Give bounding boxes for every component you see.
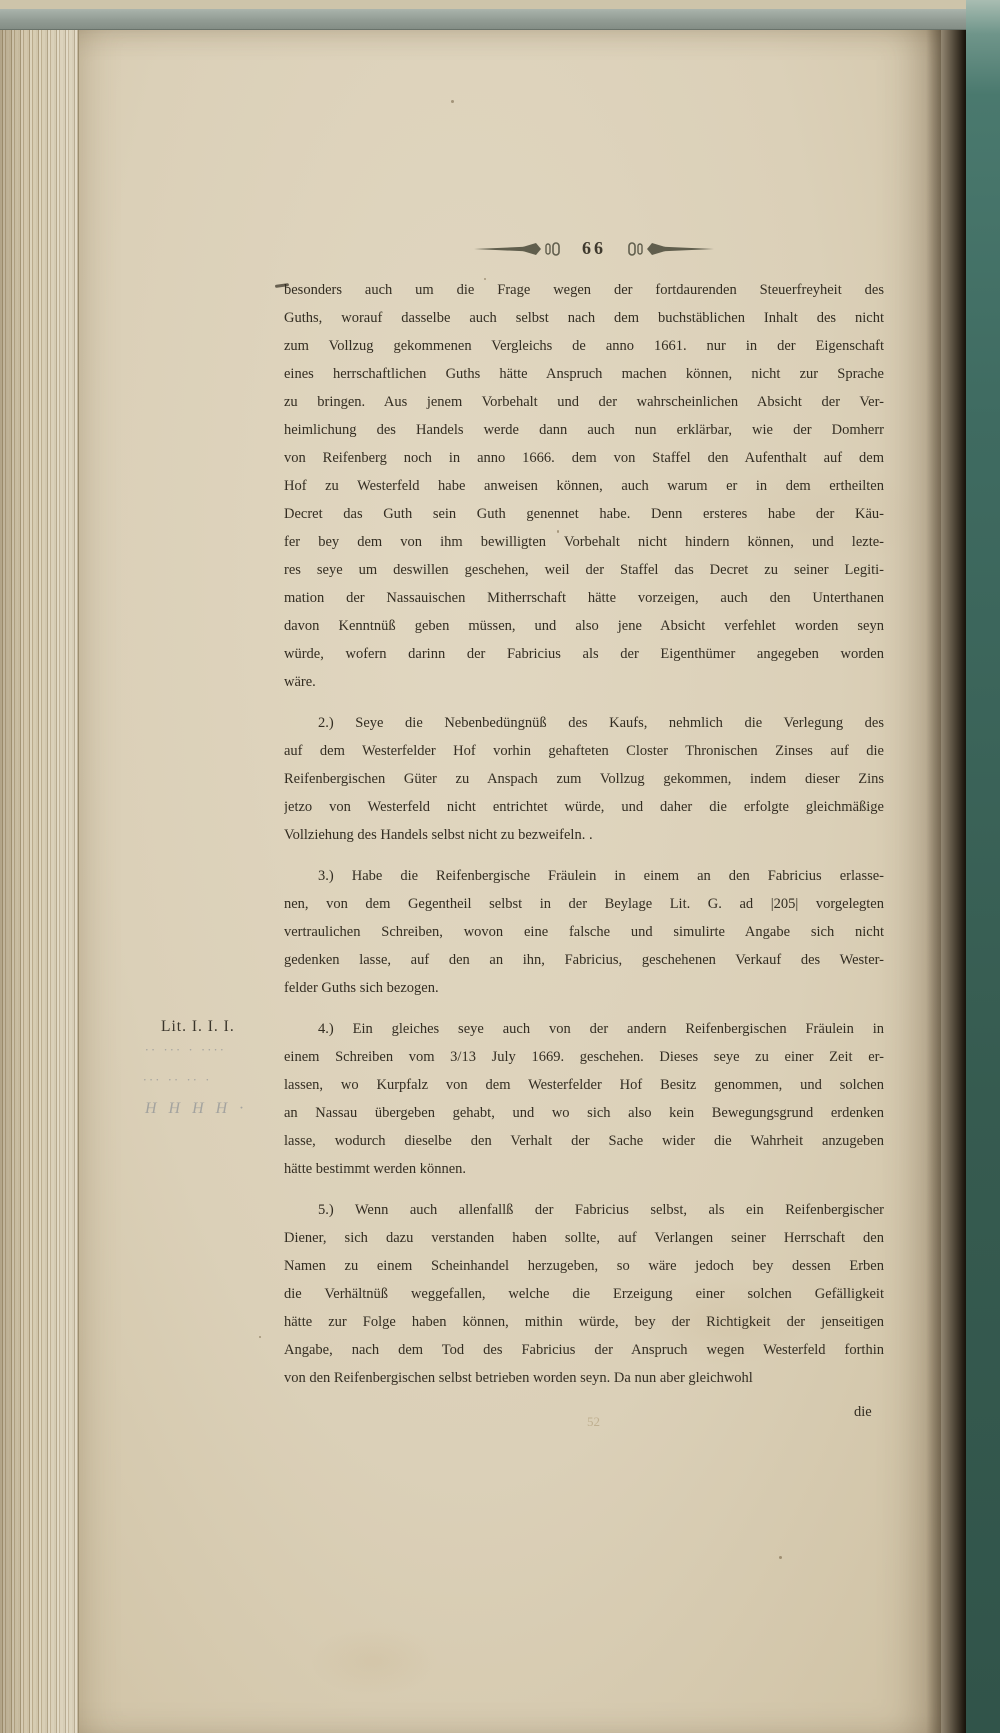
pencil-mark: H H H H ·	[145, 1100, 247, 1118]
text-line: Hof zu Westerfeld habe anweisen können, …	[284, 472, 884, 500]
text-line: nen, von dem Gegentheil selbst in der Be…	[284, 890, 884, 918]
paragraph: 3.) Habe die Reifenbergische Fräulein in…	[284, 862, 884, 1002]
scan-top-strip	[0, 9, 970, 30]
text-line: heimlichung des Handels werde dann auch …	[284, 416, 884, 444]
text-line: fer bey dem von ihm bewilligten Vorbehal…	[284, 528, 884, 556]
pencil-mark: ·· ··· · ····	[145, 1042, 226, 1058]
paragraph: 4.) Ein gleiches seye auch von der ander…	[284, 1015, 884, 1183]
text-line: Vollziehung des Handels selbst nicht zu …	[284, 821, 884, 849]
text-line: an Nassau übergeben gehabt, und wo sich …	[284, 1099, 884, 1127]
text-line: wäre.	[284, 668, 884, 696]
book-page: 66 besonders auch um die Frage wegen der…	[78, 26, 941, 1733]
flourish-rule-right-icon	[618, 241, 714, 257]
page-number: 66	[582, 238, 606, 259]
text-line: felder Guths sich bezogen.	[284, 974, 884, 1002]
paragraph: besonders auch um die Frage wegen der fo…	[284, 276, 884, 696]
page-edge-stack	[0, 9, 79, 1733]
text-line: Reifenbergischen Güter zu Anspach zum Vo…	[284, 765, 884, 793]
text-line: Namen zu einem Scheinhandel herzugeben, …	[284, 1252, 884, 1280]
scan-top-page-edge	[0, 0, 970, 9]
text-line: Angabe, nach dem Tod des Fabricius der A…	[284, 1336, 884, 1364]
text-line: von Reifenberg noch in anno 1666. dem vo…	[284, 444, 884, 472]
catchword: die	[854, 1404, 872, 1421]
text-line: Guths, worauf dasselbe auch selbst nach …	[284, 304, 884, 332]
text-line: hätte zur Folge haben können, mithin wür…	[284, 1308, 884, 1336]
text-line: res seye um deswillen geschehen, weil de…	[284, 556, 884, 584]
text-line: einem Schreiben vom 3/13 July 1669. gesc…	[284, 1043, 884, 1071]
book-board-edge	[966, 0, 1000, 1733]
paper-stain	[309, 1626, 439, 1696]
paper-speck	[779, 1556, 782, 1559]
body-text: besonders auch um die Frage wegen der fo…	[284, 276, 884, 1405]
text-line: 4.) Ein gleiches seye auch von der ander…	[284, 1015, 884, 1043]
paragraph: 5.) Wenn auch allenfallß der Fabricius s…	[284, 1196, 884, 1392]
text-line: hätte bestimmt werden können.	[284, 1155, 884, 1183]
text-line: mation der Nassauischen Mitherrschaft hä…	[284, 584, 884, 612]
text-line: 5.) Wenn auch allenfallß der Fabricius s…	[284, 1196, 884, 1224]
page-header: 66	[284, 238, 904, 259]
text-line: würde, wofern darinn der Fabricius als d…	[284, 640, 884, 668]
text-line: die Verhältnüß weggefallen, welche die E…	[284, 1280, 884, 1308]
text-line: zu bringen. Aus jenem Vorbehalt und der …	[284, 388, 884, 416]
paper-speck	[259, 1336, 261, 1338]
text-line: auf dem Westerfelder Hof vorhin gehaftet…	[284, 737, 884, 765]
book-scan: 66 besonders auch um die Frage wegen der…	[0, 0, 1000, 1733]
text-line: zum Vollzug gekommenen Vergleichs de ann…	[284, 332, 884, 360]
margin-note: Lit. I. I. I.	[161, 1018, 235, 1036]
ink-smudge: 52	[587, 1414, 600, 1430]
text-line: 2.) Seye die Nebenbedüngnüß des Kaufs, n…	[284, 709, 884, 737]
text-line: davon Kenntnüß geben müssen, und also je…	[284, 612, 884, 640]
text-line: von den Reifenbergischen selbst betriebe…	[284, 1364, 884, 1392]
text-line: Decret das Guth sein Guth genennet habe.…	[284, 500, 884, 528]
pencil-mark: ··· ·· ·· ·	[143, 1072, 212, 1088]
text-line: eines herrschaftlichen Guths hätte Anspr…	[284, 360, 884, 388]
text-line: besonders auch um die Frage wegen der fo…	[284, 276, 884, 304]
text-line: gedenken lasse, auf den an ihn, Fabriciu…	[284, 946, 884, 974]
text-line: vertraulichen Schreiben, wovon eine fals…	[284, 918, 884, 946]
text-line: Diener, sich dazu verstanden haben sollt…	[284, 1224, 884, 1252]
text-line: lassen, wo Kurpfalz von dem Westerfelder…	[284, 1071, 884, 1099]
text-line: 3.) Habe die Reifenbergische Fräulein in…	[284, 862, 884, 890]
paragraph: 2.) Seye die Nebenbedüngnüß des Kaufs, n…	[284, 709, 884, 849]
paper-speck	[451, 100, 454, 103]
text-line: lasse, wodurch dieselbe den Verhalt der …	[284, 1127, 884, 1155]
flourish-rule-left-icon	[474, 241, 570, 257]
text-line: jetzo von Westerfeld nicht entrichtet wü…	[284, 793, 884, 821]
